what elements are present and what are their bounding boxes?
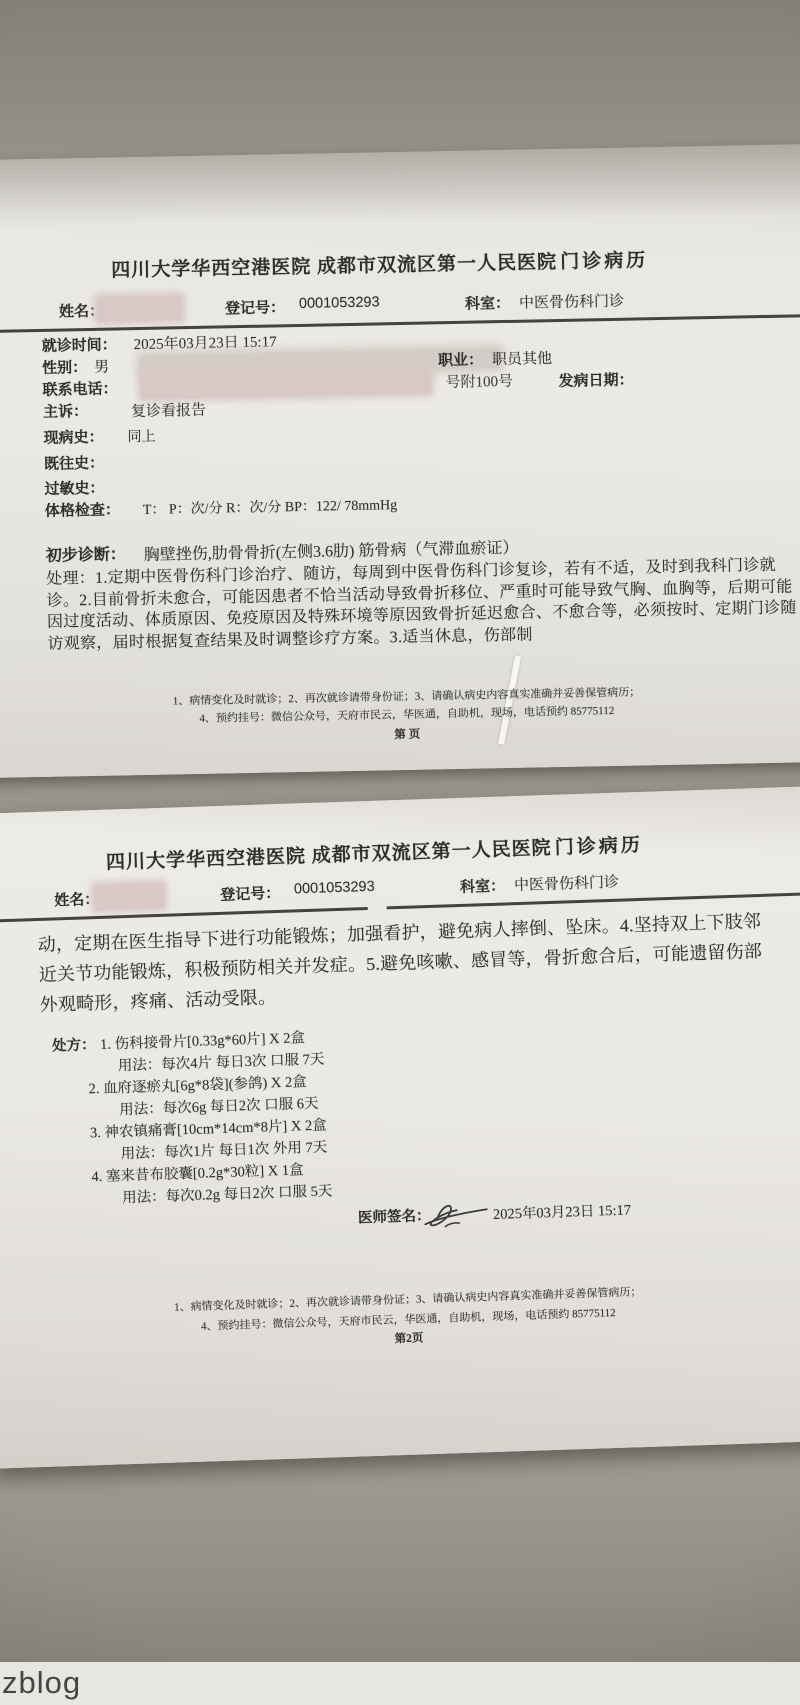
gender-label: 性别： <box>42 356 87 378</box>
registration-label: 登记号： <box>220 882 281 905</box>
onset-date-label: 发病日期： <box>558 369 633 391</box>
doctor-signature-scribble <box>422 1195 489 1233</box>
visit-time-label: 就诊时间： <box>42 333 117 355</box>
signature-datetime: 2025年03月23日 15:17 <box>493 1198 632 1224</box>
treatment-plan-paragraph: 处理：1.定期中医骨伤科门诊治疗、随访，每周到中医骨伤科门诊复诊，若有不适，及时… <box>46 554 800 655</box>
occupation-value: 职员其他 <box>492 347 552 369</box>
visit-time-value: 2025年03月23日 15:17 <box>133 330 276 354</box>
hospital-title: 四川大学华西空港医院 成都市双流区第一人民医院 <box>111 247 557 283</box>
background-table-top <box>0 0 800 165</box>
name-label: 姓名： <box>54 888 100 910</box>
department-value: 中医骨伤科门诊 <box>514 871 620 895</box>
photo-of-medical-records: { "photo": { "watermark": "zblog" }, "sh… <box>0 0 800 1705</box>
phone-label: 联系电话： <box>42 377 117 399</box>
treatment-plan-continuation: 动，定期在医生指导下进行功能锻炼；加强看护，避免病人摔倒、坠床。4.坚持双上下肢… <box>37 906 776 1020</box>
department-label: 科室： <box>465 292 510 314</box>
address-tail-text: 号附100号 <box>445 370 513 392</box>
hospital-title: 四川大学华西空港医院 成都市双流区第一人民医院 <box>106 833 552 875</box>
prescription-label: 处方： <box>52 1033 96 1055</box>
redaction-patient-name <box>97 295 182 322</box>
watermark-strip: zblog <box>0 1662 800 1705</box>
background-table-bottom <box>0 1440 800 1670</box>
doc-type-title: 门诊病历 <box>554 830 643 860</box>
department-value: 中医骨伤科门诊 <box>519 290 624 313</box>
allergy-history-label: 过敏史： <box>44 477 104 499</box>
chief-complaint-value: 复诊看报告 <box>131 399 206 421</box>
occupation-label: 职业： <box>438 348 483 370</box>
registration-number: 0001053293 <box>299 294 380 312</box>
redaction-phone-address <box>140 368 430 399</box>
medical-record-page-1: 四川大学华西空港医院 成都市双流区第一人民医院 门诊病历 姓名： 登记号： 00… <box>0 144 800 778</box>
redaction-patient-name <box>94 883 165 910</box>
registration-number: 0001053293 <box>294 879 375 898</box>
department-label: 科室： <box>460 874 506 896</box>
past-history-label: 既往史： <box>44 452 104 474</box>
physical-exam-label: 体格检查： <box>45 498 120 520</box>
present-illness-label: 现病史： <box>43 426 103 448</box>
diagnosis-label: 初步诊断： <box>46 541 126 566</box>
doctor-signature-label: 医师签名： <box>358 1204 431 1227</box>
chief-complaint-label: 主诉： <box>43 400 88 422</box>
registration-label: 登记号： <box>225 296 285 318</box>
gender-value: 男 <box>94 356 109 377</box>
medical-record-page-2: 四川大学华西空港医院 成都市双流区第一人民医院 门诊病历 姓名： 登记号： 00… <box>0 786 800 1468</box>
watermark-text: zblog <box>2 1665 81 1701</box>
doc-type-title: 门诊病历 <box>560 245 649 274</box>
physical-exam-value: T： P：次/分 R：次/分 BP：122/ 78mmHg <box>143 494 398 519</box>
present-illness-value: 同上 <box>127 426 155 447</box>
